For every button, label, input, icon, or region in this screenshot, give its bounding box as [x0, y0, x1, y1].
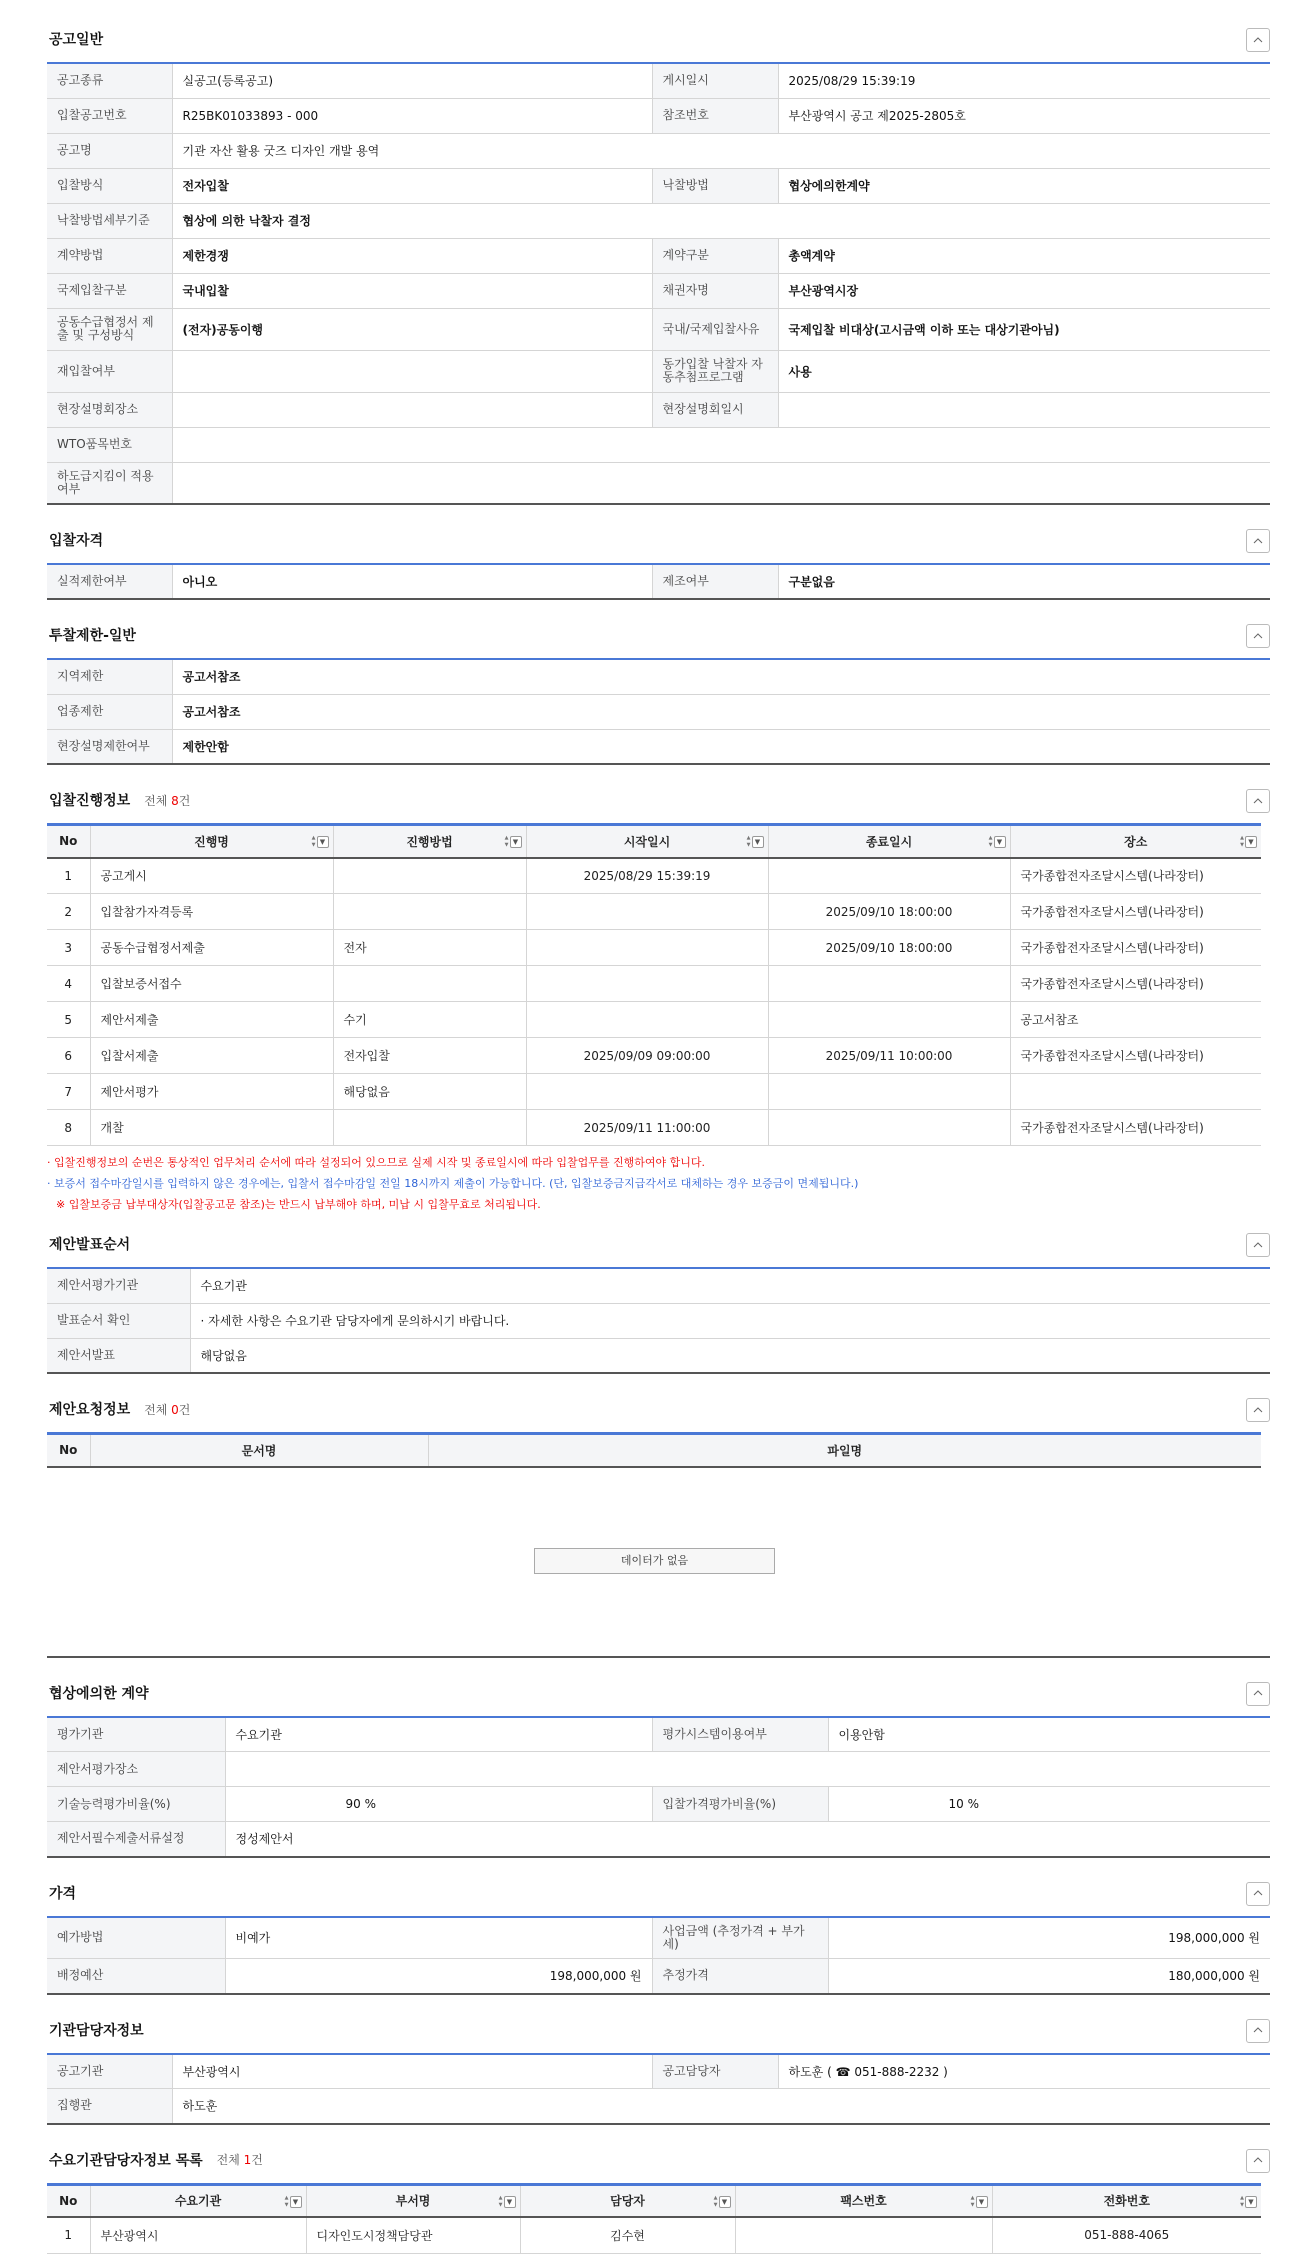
field-label: 국제입찰구분 [47, 273, 172, 308]
notice-list: · 입찰진행정보의 순번은 통상적인 업무처리 순서에 따라 설정되어 있으므로… [47, 1152, 1270, 1215]
field-value: 사용 [778, 350, 1270, 392]
column-label: 팩스번호 [840, 2194, 886, 2208]
table-cell: 국가종합전자조달시스템(나라장터) [1010, 858, 1261, 894]
info-row: 계약방법제한경쟁계약구분총액계약 [47, 238, 1270, 273]
section-title: 제안요청정보 [47, 1399, 130, 1419]
restriction-table: 지역제한공고서참조업종제한공고서참조현장설명제한여부제한안함 [47, 658, 1270, 765]
field-label: WTO품목번호 [47, 427, 172, 462]
field-value: 국내입찰 [172, 273, 652, 308]
field-label: 하도급지킴이 적용여부 [47, 462, 172, 504]
field-value [172, 392, 652, 427]
table-cell: 입찰참가자격등록 [90, 894, 333, 930]
field-value [172, 462, 1270, 504]
table-cell: 부산광역시 [90, 2217, 306, 2253]
field-value: 실공고(등록공고) [172, 63, 652, 98]
field-value: 하도훈 ( ☎ 051-888-2232 ) [778, 2054, 1270, 2089]
section-header: 입찰진행정보 전체 8건 [47, 777, 1270, 823]
field-value [172, 350, 652, 392]
field-value: 10 % [828, 1787, 1270, 1822]
info-row: 제안서필수제출서류설정정성제안서 [47, 1822, 1270, 1857]
field-label: 기술능력평가비율(%) [47, 1787, 225, 1822]
column-label: 수요기관 [175, 2194, 221, 2208]
section-header: 입찰자격 [47, 517, 1270, 563]
table-cell: 국가종합전자조달시스템(나라장터) [1010, 1110, 1261, 1146]
collapse-button[interactable] [1246, 789, 1270, 813]
section-title: 입찰진행정보 [47, 790, 130, 810]
field-label: 제안서평가장소 [47, 1752, 225, 1787]
general-table: 공고종류실공고(등록공고)게시일시2025/08/29 15:39:19입찰공고… [47, 62, 1270, 505]
table-cell [768, 1074, 1010, 1110]
chevron-up-icon [1253, 536, 1263, 547]
table-cell: 3 [47, 930, 90, 966]
page-content: 공고일반 공고종류실공고(등록공고)게시일시2025/08/29 15:39:1… [47, 0, 1270, 2254]
table-cell [526, 1074, 768, 1110]
field-value: 아니오 [172, 564, 652, 599]
count-prefix: 전체 [144, 1403, 171, 1417]
total-count: 전체 1건 [217, 2151, 263, 2168]
column-header[interactable]: 팩스번호▲▼▼ [735, 2184, 992, 2217]
chevron-up-icon [1253, 631, 1263, 642]
table-cell: 5 [47, 1002, 90, 1038]
table-cell: 김수현 [520, 2217, 735, 2253]
column-label: 전화번호 [1104, 2194, 1150, 2208]
table-cell [526, 894, 768, 930]
chevron-up-icon [1253, 2025, 1263, 2036]
field-value: 공고서참조 [172, 694, 1270, 729]
table-cell: 입찰보증서접수 [90, 966, 333, 1002]
section-title: 공고일반 [47, 29, 103, 49]
sort-updown-icon[interactable]: ▲▼ [285, 2195, 289, 2209]
table-cell: 2025/08/29 15:39:19 [526, 858, 768, 894]
filter-dropdown-icon[interactable]: ▼ [290, 2196, 302, 2208]
field-value: 전자입찰 [172, 168, 652, 203]
table-cell: 1 [47, 2217, 90, 2253]
column-label: 진행방법 [406, 835, 452, 849]
agency-table: 공고기관부산광역시공고담당자하도훈 ( ☎ 051-888-2232 )집행관하… [47, 2053, 1270, 2125]
collapse-button[interactable] [1246, 2019, 1270, 2043]
collapse-button[interactable] [1246, 1233, 1270, 1257]
count-prefix: 전체 [144, 794, 171, 808]
table-row: 4입찰보증서접수국가종합전자조달시스템(나라장터) [47, 966, 1261, 1002]
sort-filter-control[interactable]: ▲▼▼ [747, 835, 764, 849]
table-cell: 국가종합전자조달시스템(나라장터) [1010, 894, 1261, 930]
column-header[interactable]: 담당자▲▼▼ [520, 2184, 735, 2217]
filter-dropdown-icon[interactable]: ▼ [317, 836, 329, 848]
count-suffix: 건 [179, 1403, 191, 1417]
field-label: 입찰공고번호 [47, 98, 172, 133]
chevron-up-icon [1253, 796, 1263, 807]
sort-updown-icon[interactable]: ▲▼ [499, 2195, 503, 2209]
field-label: 현장설명회장소 [47, 392, 172, 427]
field-value: 협상에 의한 낙찰자 결정 [172, 203, 1270, 238]
column-label: 문서명 [242, 1444, 277, 1458]
table-cell: 2025/09/10 18:00:00 [768, 894, 1010, 930]
column-header[interactable]: 진행방법▲▼▼ [333, 825, 526, 858]
field-value: 90 % [225, 1787, 652, 1822]
field-value: 하도훈 [172, 2089, 1270, 2124]
section-title: 투찰제한-일반 [47, 625, 136, 645]
field-value: 198,000,000 원 [225, 1959, 652, 1994]
column-header[interactable]: 장소▲▼▼ [1010, 825, 1261, 858]
info-row: 제안서평가기관수요기관 [47, 1268, 1270, 1303]
section-header: 가격 [47, 1870, 1270, 1916]
sort-updown-icon[interactable]: ▲▼ [747, 835, 751, 849]
table-cell [526, 966, 768, 1002]
section-title: 수요기관담당자정보 목록 [47, 2150, 203, 2170]
total-count: 전체 0건 [144, 1401, 190, 1418]
column-header[interactable]: 종료일시▲▼▼ [768, 825, 1010, 858]
column-label: 시작일시 [624, 835, 670, 849]
section-title: 입찰자격 [47, 530, 103, 550]
field-label: 현장설명제한여부 [47, 729, 172, 764]
table-cell: 국가종합전자조달시스템(나라장터) [1010, 930, 1261, 966]
table-cell [333, 966, 526, 1002]
table-row: 8개찰2025/09/11 11:00:00국가종합전자조달시스템(나라장터) [47, 1110, 1261, 1146]
field-label: 입찰방식 [47, 168, 172, 203]
filter-dropdown-icon[interactable]: ▼ [1245, 836, 1257, 848]
table-cell: 제안서평가 [90, 1074, 333, 1110]
section-title: 제안발표순서 [47, 1234, 130, 1254]
info-row: 하도급지킴이 적용여부 [47, 462, 1270, 504]
field-value: 비예가 [225, 1917, 652, 1959]
field-value: 수요기관 [190, 1268, 1270, 1303]
count-prefix: 전체 [217, 2153, 244, 2167]
section-general: 공고일반 공고종류실공고(등록공고)게시일시2025/08/29 15:39:1… [47, 16, 1270, 505]
table-cell: 국가종합전자조달시스템(나라장터) [1010, 966, 1261, 1002]
table-cell: 2025/09/09 09:00:00 [526, 1038, 768, 1074]
chevron-up-icon [1253, 35, 1263, 46]
section-header: 제안요청정보 전체 0건 [47, 1386, 1270, 1432]
table-cell: 공고서참조 [1010, 1002, 1261, 1038]
table-cell: 국가종합전자조달시스템(나라장터) [1010, 1038, 1261, 1074]
sort-filter-control[interactable]: ▲▼▼ [1240, 2195, 1257, 2209]
section-progress: 입찰진행정보 전체 8건 No진행명▲▼▼진행방법▲▼▼시작일시▲▼▼종료일시▲… [47, 777, 1270, 1215]
table-cell [333, 1110, 526, 1146]
field-label: 평가기관 [47, 1717, 225, 1752]
filter-dropdown-icon[interactable]: ▼ [752, 836, 764, 848]
table-cell: 해당없음 [333, 1074, 526, 1110]
section-demand: 수요기관담당자정보 목록 전체 1건 No수요기관▲▼▼부서명▲▼▼담당자▲▼▼… [47, 2137, 1270, 2254]
table-cell [768, 1002, 1010, 1038]
table-cell [768, 1110, 1010, 1146]
section-agency: 기관담당자정보 공고기관부산광역시공고담당자하도훈 ( ☎ 051-888-22… [47, 2007, 1270, 2125]
section-header: 기관담당자정보 [47, 2007, 1270, 2053]
table-row: 6입찰서제출전자입찰2025/09/09 09:00:002025/09/11 … [47, 1038, 1261, 1074]
info-row: 집행관하도훈 [47, 2089, 1270, 2124]
notice-item: · 보증서 접수마감일시를 입력하지 않은 경우에는, 입찰서 접수마감일 전일… [47, 1173, 1270, 1194]
section-negotiation: 협상에의한 계약 평가기관수요기관평가시스템이용여부이용안함제안서평가장소기술능… [47, 1670, 1270, 1858]
field-value: 협상에의한계약 [778, 168, 1270, 203]
field-label: 추정가격 [652, 1959, 828, 1994]
info-row: 업종제한공고서참조 [47, 694, 1270, 729]
field-value: 총액계약 [778, 238, 1270, 273]
field-value: 부산광역시 공고 제2025-2805호 [778, 98, 1270, 133]
table-cell [333, 858, 526, 894]
table-cell: 1 [47, 858, 90, 894]
sort-filter-control[interactable]: ▲▼▼ [505, 835, 522, 849]
count-suffix: 건 [179, 794, 191, 808]
field-value [172, 427, 1270, 462]
field-label: 제안서필수제출서류설정 [47, 1822, 225, 1857]
table-cell: 전자입찰 [333, 1038, 526, 1074]
collapse-button[interactable] [1246, 1398, 1270, 1422]
field-label: 업종제한 [47, 694, 172, 729]
table-cell: 입찰서제출 [90, 1038, 333, 1074]
info-row: 현장설명제한여부제한안함 [47, 729, 1270, 764]
section-title: 가격 [47, 1883, 76, 1903]
sort-updown-icon[interactable]: ▲▼ [1240, 2195, 1244, 2209]
section-price: 가격 예가방법비예가사업금액 (추정가격 + 부가세)198,000,000 원… [47, 1870, 1270, 1995]
field-value: 해당없음 [190, 1338, 1270, 1373]
demand-table: No수요기관▲▼▼부서명▲▼▼담당자▲▼▼팩스번호▲▼▼전화번호▲▼▼ 1부산광… [47, 2183, 1261, 2254]
column-header: 파일명 [428, 1434, 1261, 1467]
table-cell [526, 1002, 768, 1038]
field-label: 발표순서 확인 [47, 1303, 190, 1338]
section-qualification: 입찰자격 실적제한여부아니오제조여부구분없음 [47, 517, 1270, 600]
field-label: 예가방법 [47, 1917, 225, 1959]
field-label: 게시일시 [652, 63, 778, 98]
column-label: 담당자 [610, 2194, 645, 2208]
field-label: 동가입찰 낙찰자 자동추첨프로그램 [652, 350, 778, 392]
table-cell [768, 858, 1010, 894]
field-label: 제안서평가기관 [47, 1268, 190, 1303]
table-cell: 2025/09/10 18:00:00 [768, 930, 1010, 966]
progress-table: No진행명▲▼▼진행방법▲▼▼시작일시▲▼▼종료일시▲▼▼장소▲▼▼ 1공고게시… [47, 823, 1261, 1146]
table-cell: 7 [47, 1074, 90, 1110]
count-suffix: 건 [251, 2153, 263, 2167]
field-value: R25BK01033893 - 000 [172, 98, 652, 133]
info-row: 실적제한여부아니오제조여부구분없음 [47, 564, 1270, 599]
column-label: 파일명 [827, 1444, 862, 1458]
field-value: 기관 자산 활용 굿즈 디자인 개발 용역 [172, 133, 1270, 168]
sort-filter-control[interactable]: ▲▼▼ [971, 2195, 988, 2209]
info-row: 낙찰방법세부기준협상에 의한 낙찰자 결정 [47, 203, 1270, 238]
filter-dropdown-icon[interactable]: ▼ [1245, 2196, 1257, 2208]
info-row: 현장설명회장소현장설명회일시 [47, 392, 1270, 427]
collapse-button[interactable] [1246, 1682, 1270, 1706]
sort-updown-icon[interactable]: ▲▼ [714, 2195, 718, 2209]
table-cell [333, 894, 526, 930]
table-cell: 6 [47, 1038, 90, 1074]
field-value: 공고서참조 [172, 659, 1270, 694]
column-header: No [47, 1434, 90, 1467]
section-header: 수요기관담당자정보 목록 전체 1건 [47, 2137, 1270, 2183]
field-label: 지역제한 [47, 659, 172, 694]
no-data-message: 데이터가 없음 [534, 1548, 775, 1574]
field-label: 공고기관 [47, 2054, 172, 2089]
column-header[interactable]: 부서명▲▼▼ [306, 2184, 520, 2217]
field-label: 공고명 [47, 133, 172, 168]
field-value: 제한경쟁 [172, 238, 652, 273]
info-row: 제안서평가장소 [47, 1752, 1270, 1787]
info-row: 제안서발표해당없음 [47, 1338, 1270, 1373]
column-header[interactable]: 전화번호▲▼▼ [992, 2184, 1261, 2217]
count-number: 0 [171, 1403, 179, 1417]
table-cell: 2 [47, 894, 90, 930]
filter-dropdown-icon[interactable]: ▼ [719, 2196, 731, 2208]
notice-item: ※ 입찰보증금 납부대상자(입찰공고문 참조)는 반드시 납부해야 하며, 미납… [47, 1194, 1270, 1215]
count-number: 8 [171, 794, 179, 808]
field-value [225, 1752, 1270, 1787]
field-label: 제안서발표 [47, 1338, 190, 1373]
section-title: 협상에의한 계약 [47, 1683, 149, 1703]
column-label: No [59, 1443, 77, 1457]
field-label: 제조여부 [652, 564, 778, 599]
table-cell [735, 2217, 992, 2253]
table-cell: 2025/09/11 11:00:00 [526, 1110, 768, 1146]
sort-updown-icon[interactable]: ▲▼ [312, 835, 316, 849]
qualification-table: 실적제한여부아니오제조여부구분없음 [47, 563, 1270, 600]
sort-filter-control[interactable]: ▲▼▼ [285, 2195, 302, 2209]
collapse-button[interactable] [1246, 529, 1270, 553]
table-cell [1010, 1074, 1261, 1110]
info-row: WTO품목번호 [47, 427, 1270, 462]
table-cell: 제안서제출 [90, 1002, 333, 1038]
sort-updown-icon[interactable]: ▲▼ [971, 2195, 975, 2209]
field-value: 2025/08/29 15:39:19 [778, 63, 1270, 98]
info-row: 배정예산198,000,000 원추정가격180,000,000 원 [47, 1959, 1270, 1994]
field-value: 이용안함 [828, 1717, 1270, 1752]
field-value: 부산광역시장 [778, 273, 1270, 308]
field-label: 현장설명회일시 [652, 392, 778, 427]
field-label: 채권자명 [652, 273, 778, 308]
field-label: 낙찰방법 [652, 168, 778, 203]
table-cell: 수기 [333, 1002, 526, 1038]
table-cell: 8 [47, 1110, 90, 1146]
filter-dropdown-icon[interactable]: ▼ [510, 836, 522, 848]
sort-updown-icon[interactable]: ▲▼ [1240, 835, 1244, 849]
field-label: 배정예산 [47, 1959, 225, 1994]
negotiation-table: 평가기관수요기관평가시스템이용여부이용안함제안서평가장소기술능력평가비율(%)9… [47, 1716, 1270, 1858]
sort-updown-icon[interactable]: ▲▼ [505, 835, 509, 849]
info-row: 평가기관수요기관평가시스템이용여부이용안함 [47, 1717, 1270, 1752]
column-label: 종료일시 [866, 835, 912, 849]
chevron-up-icon [1253, 2155, 1263, 2166]
rfp-table: No문서명파일명 [47, 1432, 1261, 1468]
info-row: 기술능력평가비율(%)90 %입찰가격평가비율(%)10 % [47, 1787, 1270, 1822]
chevron-up-icon [1253, 1240, 1263, 1251]
notice-item: · 입찰진행정보의 순번은 통상적인 업무처리 순서에 따라 설정되어 있으므로… [47, 1152, 1270, 1173]
section-header: 제안발표순서 [47, 1221, 1270, 1267]
empty-state: 데이터가 없음 [47, 1468, 1270, 1658]
section-presentation: 제안발표순서 제안서평가기관수요기관발표순서 확인· 자세한 사항은 수요기관 … [47, 1221, 1270, 1374]
field-label: 실적제한여부 [47, 564, 172, 599]
field-label: 계약방법 [47, 238, 172, 273]
info-row: 발표순서 확인· 자세한 사항은 수요기관 담당자에게 문의하시기 바랍니다. [47, 1303, 1270, 1338]
field-label: 입찰가격평가비율(%) [652, 1787, 828, 1822]
price-table: 예가방법비예가사업금액 (추정가격 + 부가세)198,000,000 원배정예… [47, 1916, 1270, 1995]
field-value: 정성제안서 [225, 1822, 1270, 1857]
table-row: 3공동수급협정서제출전자2025/09/10 18:00:00국가종합전자조달시… [47, 930, 1261, 966]
collapse-button[interactable] [1246, 624, 1270, 648]
table-cell: 4 [47, 966, 90, 1002]
sort-updown-icon[interactable]: ▲▼ [989, 835, 993, 849]
info-row: 공동수급협정서 제출 및 구성방식(전자)공동이행국내/국제입찰사유국제입찰 비… [47, 308, 1270, 350]
sort-filter-control[interactable]: ▲▼▼ [714, 2195, 731, 2209]
filter-dropdown-icon[interactable]: ▼ [976, 2196, 988, 2208]
chevron-up-icon [1253, 1405, 1263, 1416]
info-row: 공고기관부산광역시공고담당자하도훈 ( ☎ 051-888-2232 ) [47, 2054, 1270, 2089]
section-header: 공고일반 [47, 16, 1270, 62]
collapse-button[interactable] [1246, 1882, 1270, 1906]
info-row: 국제입찰구분국내입찰채권자명부산광역시장 [47, 273, 1270, 308]
column-header[interactable]: 수요기관▲▼▼ [90, 2184, 306, 2217]
table-cell: 공고게시 [90, 858, 333, 894]
collapse-button[interactable] [1246, 2149, 1270, 2173]
column-header: No [47, 825, 90, 858]
collapse-button[interactable] [1246, 28, 1270, 52]
column-header: 문서명 [90, 1434, 428, 1467]
info-row: 공고종류실공고(등록공고)게시일시2025/08/29 15:39:19 [47, 63, 1270, 98]
filter-dropdown-icon[interactable]: ▼ [994, 836, 1006, 848]
info-row: 입찰방식전자입찰낙찰방법협상에의한계약 [47, 168, 1270, 203]
field-label: 집행관 [47, 2089, 172, 2124]
column-header[interactable]: 진행명▲▼▼ [90, 825, 333, 858]
column-label: 진행명 [194, 835, 229, 849]
column-header[interactable]: 시작일시▲▼▼ [526, 825, 768, 858]
field-value: 부산광역시 [172, 2054, 652, 2089]
column-label: No [59, 834, 77, 848]
table-cell: 2025/09/11 10:00:00 [768, 1038, 1010, 1074]
field-value: · 자세한 사항은 수요기관 담당자에게 문의하시기 바랍니다. [190, 1303, 1270, 1338]
section-header: 협상에의한 계약 [47, 1670, 1270, 1716]
field-label: 참조번호 [652, 98, 778, 133]
table-row: 5제안서제출수기공고서참조 [47, 1002, 1261, 1038]
field-label: 공고종류 [47, 63, 172, 98]
filter-dropdown-icon[interactable]: ▼ [504, 2196, 516, 2208]
field-label: 낙찰방법세부기준 [47, 203, 172, 238]
chevron-up-icon [1253, 1688, 1263, 1699]
section-header: 투찰제한-일반 [47, 612, 1270, 658]
section-rfp: 제안요청정보 전체 0건 No문서명파일명 데이터가 없음 [47, 1386, 1270, 1658]
table-row: 1공고게시2025/08/29 15:39:19국가종합전자조달시스템(나라장터… [47, 858, 1261, 894]
info-row: 예가방법비예가사업금액 (추정가격 + 부가세)198,000,000 원 [47, 1917, 1270, 1959]
column-label: 부서명 [396, 2194, 431, 2208]
info-row: 재입찰여부동가입찰 낙찰자 자동추첨프로그램사용 [47, 350, 1270, 392]
info-row: 지역제한공고서참조 [47, 659, 1270, 694]
table-row: 1부산광역시디자인도시정책담당관김수현051-888-4065 [47, 2217, 1261, 2253]
table-cell: 개찰 [90, 1110, 333, 1146]
field-label: 계약구분 [652, 238, 778, 273]
field-value: 국제입찰 비대상(고시금액 이하 또는 대상기관아님) [778, 308, 1270, 350]
field-value: 제한안함 [172, 729, 1270, 764]
sort-filter-control[interactable]: ▲▼▼ [989, 835, 1006, 849]
total-count: 전체 8건 [144, 792, 190, 809]
sort-filter-control[interactable]: ▲▼▼ [312, 835, 329, 849]
field-value: (전자)공동이행 [172, 308, 652, 350]
field-label: 공동수급협정서 제출 및 구성방식 [47, 308, 172, 350]
chevron-up-icon [1253, 1888, 1263, 1899]
table-cell [526, 930, 768, 966]
table-cell: 전자 [333, 930, 526, 966]
column-header: No [47, 2184, 90, 2217]
sort-filter-control[interactable]: ▲▼▼ [499, 2195, 516, 2209]
presentation-table: 제안서평가기관수요기관발표순서 확인· 자세한 사항은 수요기관 담당자에게 문… [47, 1267, 1270, 1374]
info-row: 입찰공고번호R25BK01033893 - 000참조번호부산광역시 공고 제2… [47, 98, 1270, 133]
table-row: 2입찰참가자격등록2025/09/10 18:00:00국가종합전자조달시스템(… [47, 894, 1261, 930]
column-label: No [59, 2194, 77, 2208]
table-cell [768, 966, 1010, 1002]
field-label: 평가시스템이용여부 [652, 1717, 828, 1752]
field-label: 국내/국제입찰사유 [652, 308, 778, 350]
field-value: 수요기관 [225, 1717, 652, 1752]
field-value: 구분없음 [778, 564, 1270, 599]
table-row: 7제안서평가해당없음 [47, 1074, 1261, 1110]
table-cell: 051-888-4065 [992, 2217, 1261, 2253]
section-restriction: 투찰제한-일반 지역제한공고서참조업종제한공고서참조현장설명제한여부제한안함 [47, 612, 1270, 765]
table-cell: 디자인도시정책담당관 [306, 2217, 520, 2253]
sort-filter-control[interactable]: ▲▼▼ [1240, 835, 1257, 849]
